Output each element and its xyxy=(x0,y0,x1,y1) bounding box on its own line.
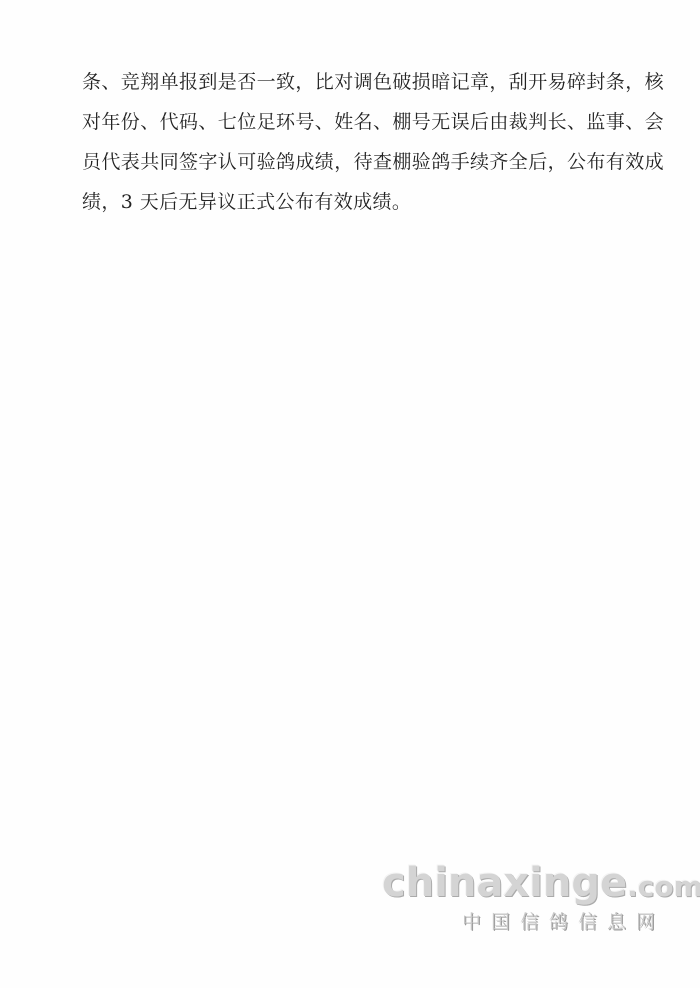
site-watermark: chinaxinge.com 中国信鸽信息网 xyxy=(382,858,662,948)
watermark-tld: .com xyxy=(627,870,700,903)
paragraph-line: 条、竞翔单报到是否一致，比对调色破损暗记章，刮开易碎封条，核 xyxy=(82,62,612,102)
watermark-site-name: chinaxinge xyxy=(382,860,627,906)
watermark-domain: chinaxinge.com xyxy=(382,858,700,912)
watermark-chinese-name: 中国信鸽信息网 xyxy=(462,907,665,934)
paragraph-line: 员代表共同签字认可验鸽成绩，待查棚验鸽手续齐全后，公布有效成 xyxy=(82,142,612,182)
body-paragraph: 条、竞翔单报到是否一致，比对调色破损暗记章，刮开易碎封条，核 对年份、代码、七位… xyxy=(82,62,612,222)
document-page: 条、竞翔单报到是否一致，比对调色破损暗记章，刮开易碎封条，核 对年份、代码、七位… xyxy=(0,0,700,988)
paragraph-line: 对年份、代码、七位足环号、姓名、棚号无误后由裁判长、监事、会 xyxy=(82,102,612,142)
paragraph-line: 绩，3 天后无异议正式公布有效成绩。 xyxy=(82,182,612,222)
